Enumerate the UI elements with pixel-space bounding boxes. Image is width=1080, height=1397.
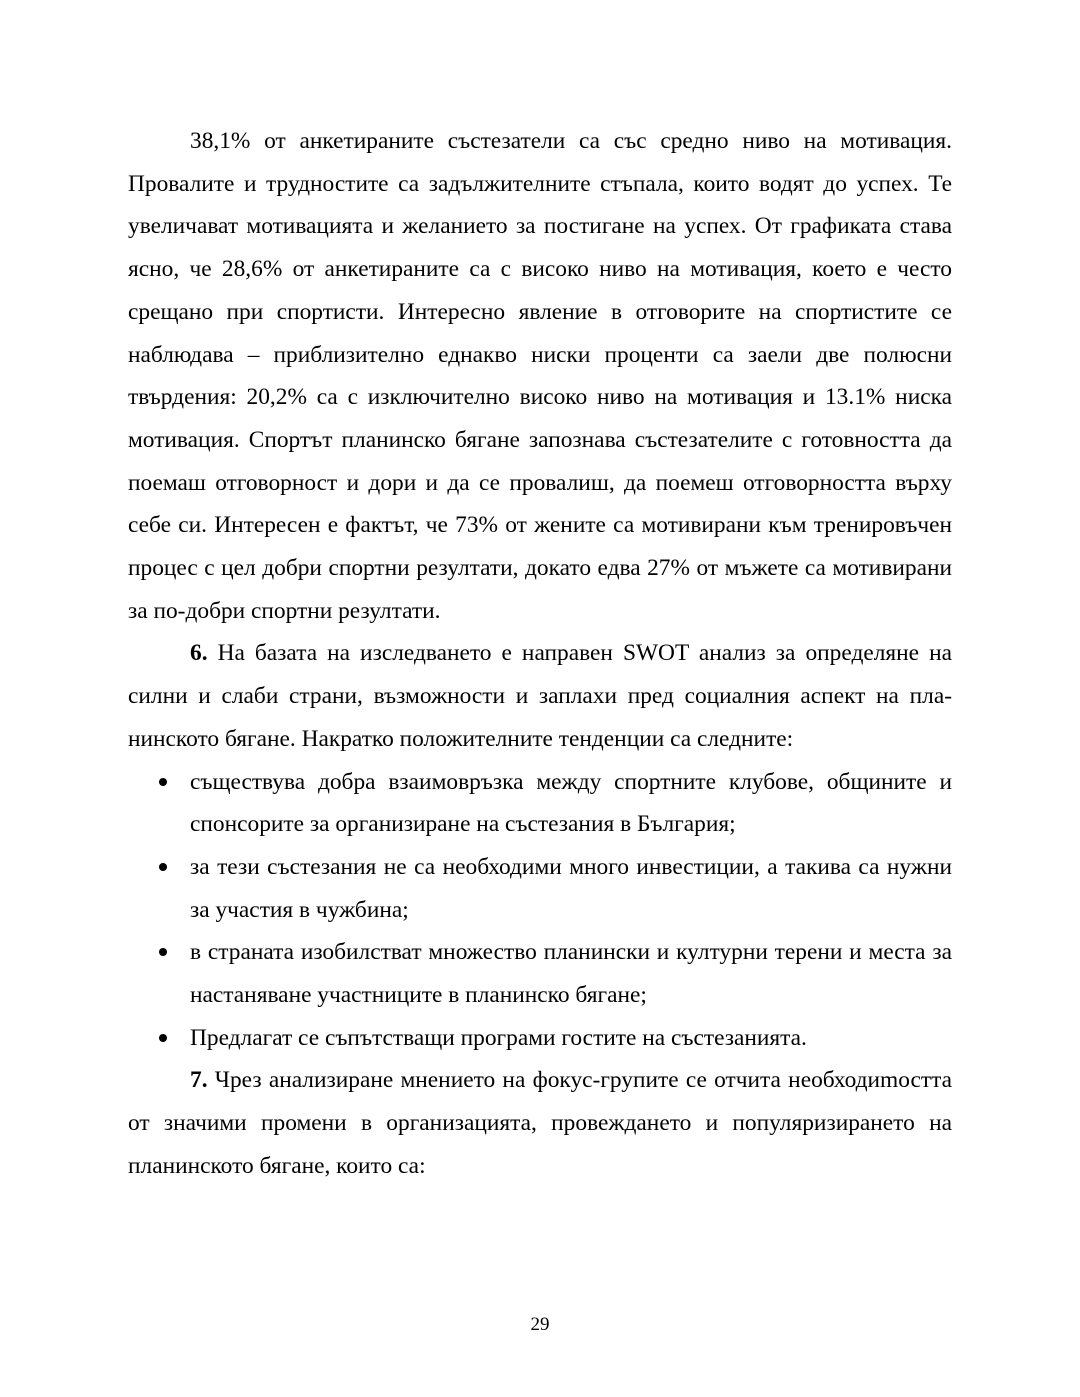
- list-item-text: Предлагат се съпътстващи програми гостит…: [190, 1025, 807, 1051]
- list-item: съществува добра взаимовръзка между спор…: [128, 761, 952, 846]
- bullet-icon: [159, 948, 167, 956]
- page-number: 29: [0, 1313, 1080, 1337]
- bullet-icon: [159, 863, 167, 871]
- paragraph-motivation-results: 38,1% от анкетираните състезатели са със…: [128, 120, 952, 632]
- list-item: за тези състезания не са необходими мног…: [128, 846, 952, 931]
- list-item-text: за тези състезания не са необходими мног…: [190, 854, 952, 923]
- page-body: 38,1% от анкетираните състезатели са със…: [128, 120, 952, 1188]
- section-6-text: На базата на изследването е направен SWO…: [128, 640, 952, 751]
- list-item-text: съществува добра взаимовръзка между спор…: [190, 769, 952, 838]
- section-7-number: 7.: [190, 1067, 208, 1093]
- section-6-number: 6.: [190, 640, 208, 666]
- list-item: Предлагат се съпътстващи програми гостит…: [128, 1017, 952, 1060]
- list-item-text: в страната изобилстват множество планинс…: [190, 939, 952, 1008]
- bullet-icon: [159, 1034, 167, 1042]
- paragraph-section-7: 7. Чрез анализиране мнението на фокус-гр…: [128, 1059, 952, 1187]
- positive-trends-list: съществува добра взаимовръзка между спор…: [128, 761, 952, 1060]
- section-7-text: Чрез анализиране мнението на фокус-групи…: [128, 1067, 952, 1178]
- list-item: в страната изобилстват множество планинс…: [128, 931, 952, 1016]
- bullet-icon: [159, 778, 167, 786]
- paragraph-section-6: 6. На базата на изследването е направен …: [128, 632, 952, 760]
